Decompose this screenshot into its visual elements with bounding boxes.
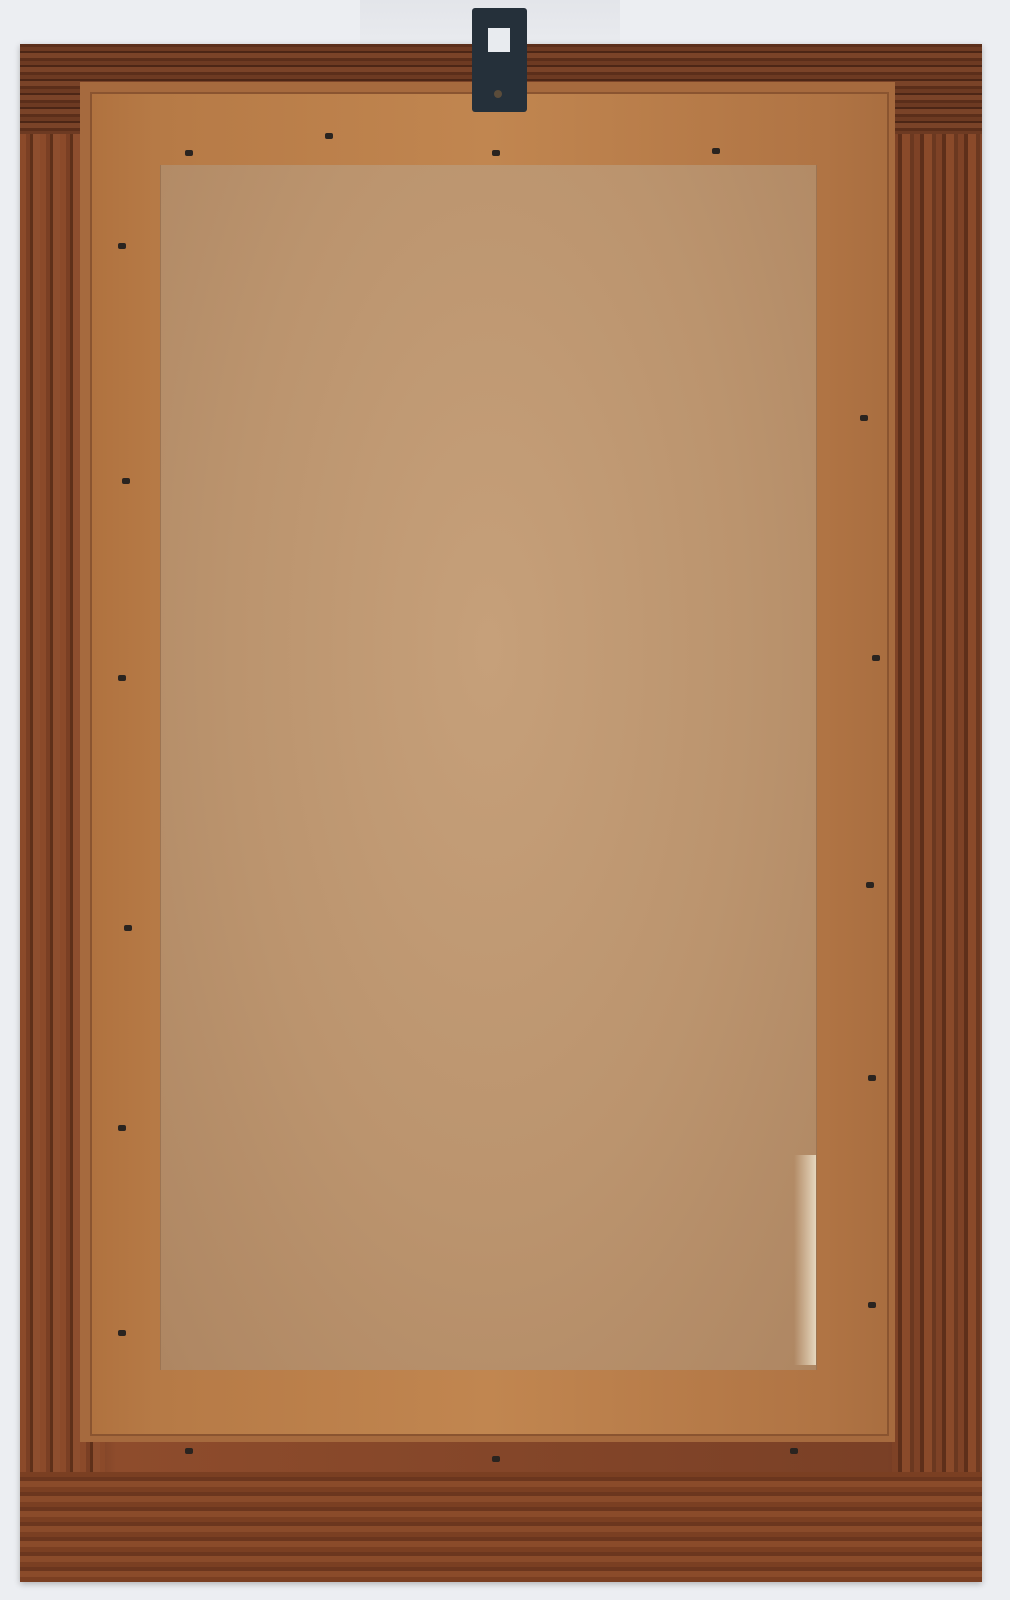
nail-icon (872, 655, 880, 661)
nail-icon (122, 478, 130, 484)
nail-icon (118, 243, 126, 249)
hanger-screw (494, 90, 502, 98)
nail-icon (185, 1448, 193, 1454)
nail-icon (868, 1075, 876, 1081)
nail-icon (492, 150, 500, 156)
backing-stain (794, 1155, 816, 1365)
nail-icon (124, 925, 132, 931)
frame-right-rail (892, 44, 982, 1582)
backing-board (160, 165, 817, 1370)
nail-icon (118, 675, 126, 681)
nail-icon (860, 415, 868, 421)
hanger-hole (488, 28, 510, 52)
nail-icon (185, 150, 193, 156)
nail-icon (118, 1125, 126, 1131)
nail-icon (790, 1448, 798, 1454)
nail-icon (868, 1302, 876, 1308)
nail-icon (325, 133, 333, 139)
nail-icon (866, 882, 874, 888)
nail-icon (492, 1456, 500, 1462)
nail-icon (712, 148, 720, 154)
nail-icon (118, 1330, 126, 1336)
frame-bottom-rail (20, 1472, 982, 1582)
hanging-bracket-icon (472, 8, 527, 112)
